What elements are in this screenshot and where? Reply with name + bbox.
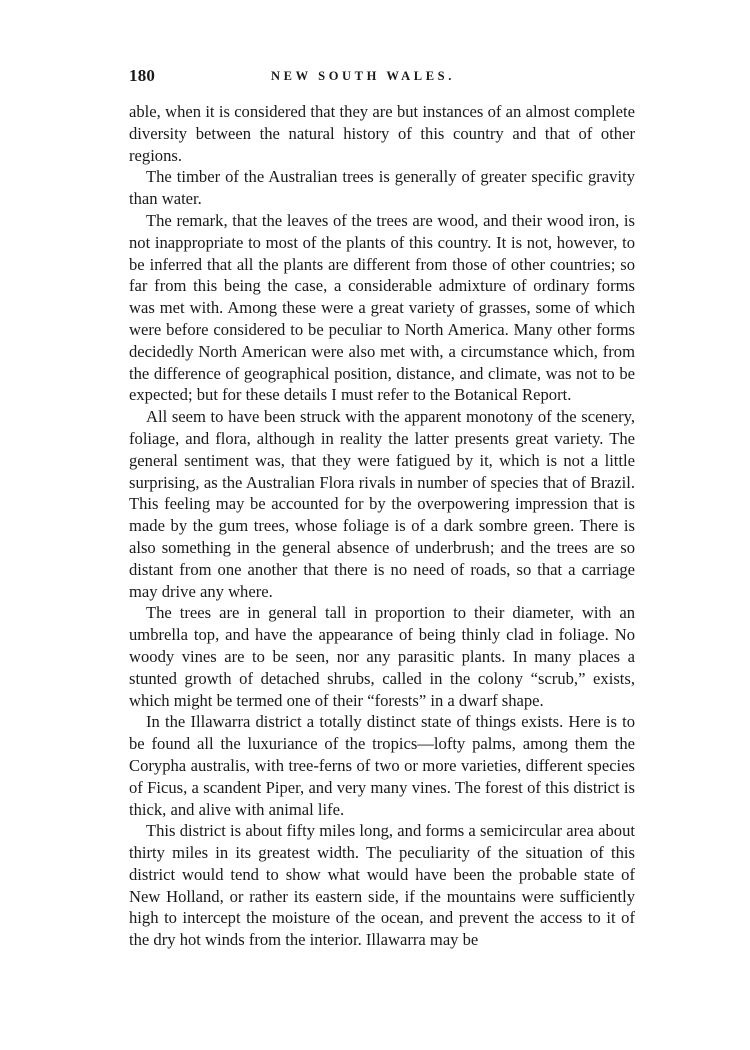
- paragraph-illawarra: In the Illawarra district a totally dist…: [129, 711, 635, 820]
- page-number: 180: [129, 66, 155, 86]
- book-page: 180 NEW SOUTH WALES. able, when it is co…: [129, 66, 635, 951]
- paragraph-district-size: This district is about fifty miles long,…: [129, 820, 635, 951]
- paragraph-leaves-wood: The remark, that the leaves of the trees…: [129, 210, 635, 406]
- paragraph-continued: able, when it is considered that they ar…: [129, 101, 635, 166]
- paragraph-timber: The timber of the Australian trees is ge…: [129, 166, 635, 210]
- paragraph-monotony: All seem to have been struck with the ap…: [129, 406, 635, 602]
- paragraph-trees-tall: The trees are in general tall in proport…: [129, 602, 635, 711]
- running-title: NEW SOUTH WALES.: [271, 69, 455, 84]
- body-text: able, when it is considered that they ar…: [129, 101, 635, 951]
- running-head: 180 NEW SOUTH WALES.: [129, 66, 635, 92]
